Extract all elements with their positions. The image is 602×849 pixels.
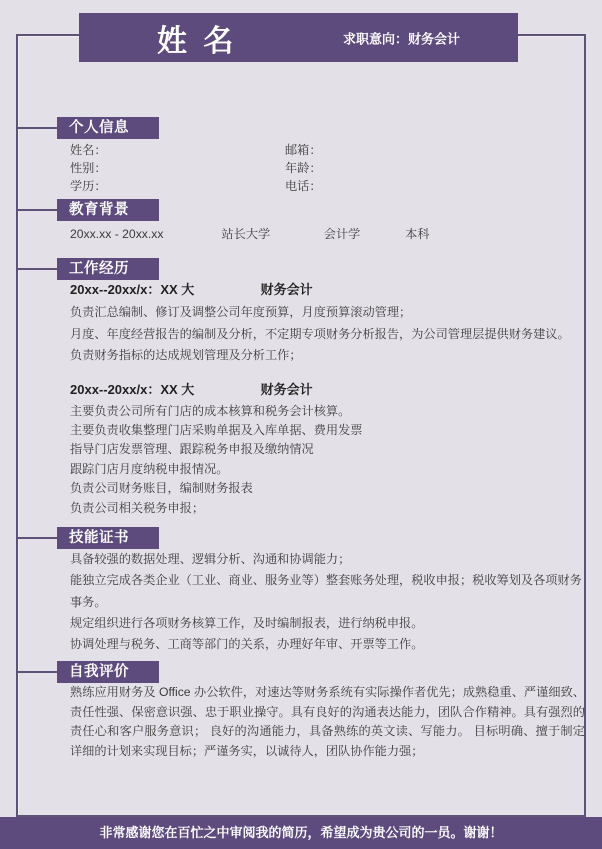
job-duty-line: 指导门店发票管理、跟踪税务申报及缴纳情况 — [70, 440, 585, 459]
personal-info-left-column: 姓名： 性别： 学历： — [70, 142, 285, 195]
job-duty-line: 负责公司相关税务申报； — [70, 499, 585, 518]
section-self-evaluation: 自我评价 熟练应用财务及 Office 办公软件，对速达等财务系统有实际操作者优… — [0, 661, 602, 761]
field-label-gender: 性别： — [70, 160, 285, 178]
job-duty-line: 负责汇总编制、修订及调整公司年度预算，月度预算滚动管理； — [70, 302, 585, 324]
personal-info-fields: 姓名： 性别： 学历： 邮箱： 年龄： 电话： — [70, 142, 585, 195]
field-label-name: 姓名： — [70, 142, 285, 160]
work-experience-content: 20xx--20xx/x：XX 大 财务会计 负责汇总编制、修订及调整公司年度预… — [70, 280, 585, 518]
work-experience-title-badge: 工作经历 — [57, 258, 159, 280]
skill-line: 能独立完成各类企业（工业、商业、服务业等）整套账务处理，税收申报；税收筹划及各项… — [70, 570, 585, 613]
section-skills-certificates: 技能证书 具备较强的数据处理、逻辑分析、沟通和协调能力； 能独立完成各类企业（工… — [0, 527, 602, 655]
field-label-education: 学历： — [70, 178, 285, 196]
skills-title-badge: 技能证书 — [57, 527, 159, 549]
section-title-row: 工作经历 — [0, 258, 602, 280]
job-duty-line: 负责财务指标的达成规划管理及分析工作； — [70, 345, 585, 367]
skill-line: 具备较强的数据处理、逻辑分析、沟通和协调能力； — [70, 549, 585, 570]
job-role: 财务会计 — [261, 380, 313, 400]
job-role: 财务会计 — [261, 280, 313, 300]
section-title-row: 个人信息 — [0, 117, 602, 139]
job-duty-line: 主要负责收集整理门店采购单据及入库单据、费用发票 — [70, 421, 585, 440]
section-title-row: 教育背景 — [0, 199, 602, 221]
job-duty-line: 负责公司财务账目，编制财务报表 — [70, 479, 585, 498]
job-heading: 20xx--20xx/x：XX 大 财务会计 — [70, 280, 585, 300]
education-title-badge: 教育背景 — [57, 199, 159, 221]
job-period-company: 20xx--20xx/x：XX 大 — [70, 280, 257, 300]
self-evaluation-content: 熟练应用财务及 Office 办公软件，对速达等财务系统有实际操作者优先；成熟稳… — [70, 683, 585, 761]
thank-you-footer-bar: 非常感谢您在百忙之中审阅我的简历，希望成为贵公司的一员。谢谢！ — [0, 817, 602, 849]
skill-line: 协调处理与税务、工商等部门的关系，办理好年审、开票等工作。 — [70, 634, 585, 655]
job-heading: 20xx--20xx/x：XX 大 财务会计 — [70, 380, 585, 400]
section-title-row: 技能证书 — [0, 527, 602, 549]
education-major: 会计学 — [324, 226, 402, 243]
skills-content: 具备较强的数据处理、逻辑分析、沟通和协调能力； 能独立完成各类企业（工业、商业、… — [70, 549, 585, 655]
job-duty-line: 月度、年度经营报告的编制及分析，不定期专项财务分析报告，为公司管理层提供财务建议… — [70, 324, 585, 346]
job-entry: 20xx--20xx/x：XX 大 财务会计 主要负责公司所有门店的成本核算和税… — [70, 380, 585, 518]
education-period: 20xx.xx - 20xx.xx — [70, 226, 218, 243]
section-work-experience: 工作经历 20xx--20xx/x：XX 大 财务会计 负责汇总编制、修订及调整… — [0, 258, 602, 531]
candidate-name: 姓 名 — [157, 16, 237, 60]
job-entry: 20xx--20xx/x：XX 大 财务会计 负责汇总编制、修订及调整公司年度预… — [70, 280, 585, 367]
self-evaluation-title-badge: 自我评价 — [57, 661, 159, 683]
skill-line: 规定组织进行各项财务核算工作，及时编制报表，进行纳税申报。 — [70, 613, 585, 634]
job-duty-line: 跟踪门店月度纳税申报情况。 — [70, 460, 585, 479]
self-evaluation-paragraph: 熟练应用财务及 Office 办公软件，对速达等财务系统有实际操作者优先；成熟稳… — [70, 683, 585, 761]
field-label-phone: 电话： — [285, 178, 500, 196]
education-entry: 20xx.xx - 20xx.xx 站长大学 会计学 本科 — [70, 226, 585, 243]
section-title-row: 自我评价 — [0, 661, 602, 683]
field-label-age: 年龄： — [285, 160, 500, 178]
job-intention: 求职意向：财务会计 — [343, 28, 460, 47]
field-label-email: 邮箱： — [285, 142, 500, 160]
thank-you-text: 非常感谢您在百忙之中审阅我的简历，希望成为贵公司的一员。谢谢！ — [99, 825, 502, 840]
personal-info-title-badge: 个人信息 — [57, 117, 159, 139]
job-duty-line: 主要负责公司所有门店的成本核算和税务会计核算。 — [70, 402, 585, 421]
section-education: 教育背景 20xx.xx - 20xx.xx 站长大学 会计学 本科 — [0, 199, 602, 243]
resume-header-banner: 姓 名 求职意向：财务会计 — [79, 13, 518, 62]
job-period-company: 20xx--20xx/x：XX 大 — [70, 380, 257, 400]
section-personal-info: 个人信息 姓名： 性别： 学历： 邮箱： 年龄： 电话： — [0, 117, 602, 195]
education-degree: 本科 — [405, 226, 429, 243]
personal-info-right-column: 邮箱： 年龄： 电话： — [285, 142, 500, 195]
education-school: 站长大学 — [221, 226, 320, 243]
